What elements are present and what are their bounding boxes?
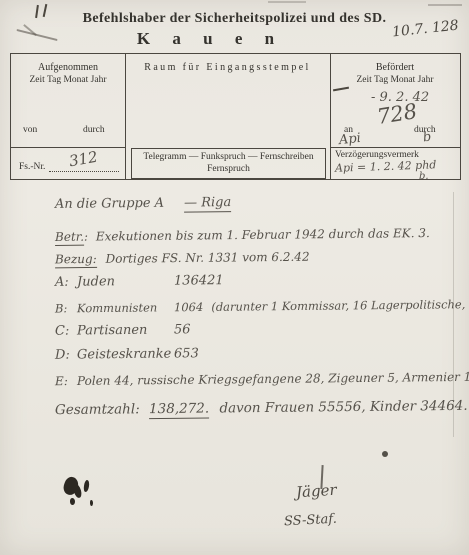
address-destination: — Riga (184, 195, 231, 212)
entry-category: Geisteskranke (77, 347, 174, 363)
message-types-line1: Telegramm — Funkspruch — Fernschreiben (132, 151, 325, 163)
entry-key: A: (55, 275, 77, 290)
table-line (11, 147, 125, 148)
fs-nr-handwritten: 312 (68, 148, 99, 171)
entry-key: E: (55, 374, 77, 388)
received-subtitle: Zeit Tag Monat Jahr (11, 75, 125, 85)
entry-row-c: C:Partisanen56 (55, 322, 191, 338)
entry-key: B: (55, 301, 77, 315)
entry-value: 1064 (174, 300, 203, 314)
entry-row-d: D:Geisteskranke653 (55, 346, 199, 363)
entry-value: 136421 (174, 273, 224, 289)
scan-smudge (268, 1, 306, 3)
message-type-box: Telegramm — Funkspruch — Fernschreiben F… (131, 148, 326, 179)
von-label: von (23, 125, 37, 135)
entry-row-b: B:Kommunisten1064(darunter 1 Kommissar, … (55, 296, 469, 315)
forwarded-number-handwritten: 728 (375, 99, 418, 129)
subject-text: Exekutionen bis zum 1. Februar 1942 durc… (96, 226, 430, 243)
address-prefix: An die Gruppe A (55, 196, 164, 212)
stamp-area-title: Raum für Eingangsstempel (125, 62, 330, 73)
entry-key: D: (55, 348, 77, 363)
signature: Jäger (295, 481, 337, 502)
telegram-form-table: Aufgenommen Zeit Tag Monat Jahr von durc… (10, 53, 461, 180)
received-title: Aufgenommen (11, 62, 125, 73)
subject-colon: : (84, 230, 88, 244)
city-title: K a u e n (0, 29, 420, 49)
durch-label: durch (83, 125, 105, 135)
total-value: 138,272. (149, 401, 209, 420)
forwarded-title: Befördert (330, 62, 460, 73)
entry-row-a: A:Juden136421 (55, 273, 224, 290)
total-rest: davon Frauen 55556, Kinder 34464. (219, 398, 467, 417)
an-handwritten: Api (338, 131, 361, 148)
entry-category: Polen 44, russische Kriegsgefangene 28, … (77, 370, 469, 388)
entry-category: Juden (77, 274, 174, 290)
forwarded-subtitle: Zeit Tag Monat Jahr (330, 75, 460, 85)
scanned-telegram-document: Befehlshaber der Sicherheitspolizei und … (0, 0, 469, 555)
total-label: Gesamtzahl: (55, 401, 140, 418)
delay-handwritten-2: b. (419, 171, 429, 182)
entry-category: Kommunisten (77, 300, 174, 315)
subject-line: Betr.: Exekutionen bis zum 1. Februar 19… (55, 226, 430, 244)
entry-value: 56 (174, 322, 191, 337)
address-line: An die Gruppe A— Riga (55, 195, 231, 212)
entry-key: C: (55, 323, 77, 338)
reference-line: Bezug: Dortiges FS. Nr. 1331 vom 6.2.42 (55, 250, 310, 267)
total-line: Gesamtzahl: 138,272. davon Frauen 55556,… (55, 398, 468, 418)
reference-text: Dortiges FS. Nr. 1331 vom 6.2.42 (105, 250, 309, 266)
reference-label: Bezug: (55, 252, 97, 268)
message-types-line2: Fernspruch (132, 163, 325, 175)
entry-row-e: E:Polen 44, russische Kriegsgefangene 28… (55, 370, 469, 388)
entry-note: (darunter 1 Kommissar, 16 Lagerpolitisch… (211, 296, 469, 313)
entry-category: Partisanen (77, 322, 174, 338)
pen-dash (333, 87, 349, 92)
ink-dot (382, 451, 388, 457)
scan-smudge (428, 4, 462, 6)
fs-nr-label: Fs.-Nr. (19, 162, 45, 172)
signature-rank: SS-Staf. (284, 512, 338, 530)
table-line (330, 147, 460, 148)
entry-value: 653 (174, 346, 199, 361)
fs-nr-line (49, 171, 119, 172)
subject-label: Betr. (55, 230, 84, 246)
